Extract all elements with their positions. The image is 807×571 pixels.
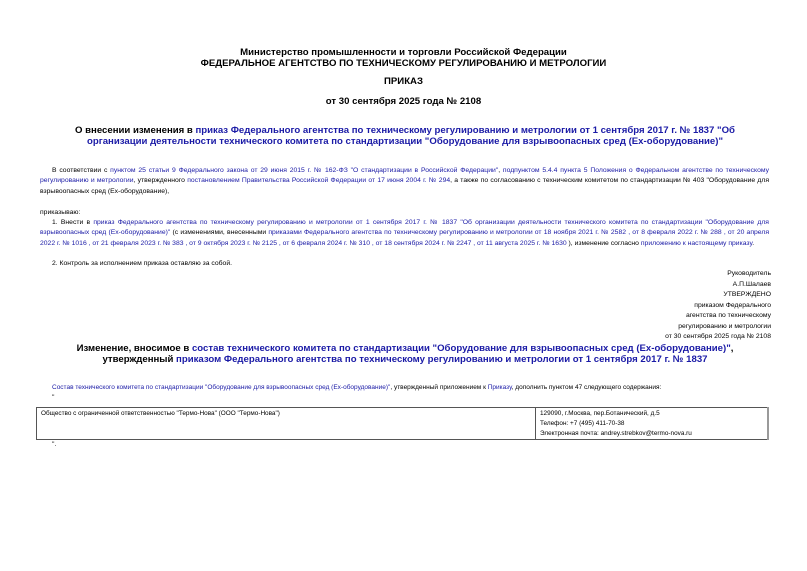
annex-body-paragraph: Состав технического комитета по стандарт… <box>52 383 661 393</box>
annex-body-text-1: , утвержденный приложением к <box>390 384 487 391</box>
preamble-paragraph: В соответствии с пунктом 25 статьи 9 Фед… <box>40 166 769 197</box>
preamble-text-1: В соответствии с <box>52 167 110 174</box>
annex-title-order-link[interactable]: приказом Федерального агентства по техни… <box>176 354 707 365</box>
composition-link[interactable]: Состав технического комитета по стандарт… <box>52 384 390 391</box>
approval-line-4: от 30 сентября 2025 года № 2108 <box>665 332 771 342</box>
title-prefix: О внесении изменения в <box>75 125 195 136</box>
document-date-number: от 30 сентября 2025 года № 2108 <box>0 96 807 107</box>
ministry-name: Министерство промышленности и торговли Р… <box>0 47 807 58</box>
item-1-text-4: . <box>752 240 754 247</box>
contacts-cell: 129090, г.Москва, пер.Ботанический, д.5 … <box>536 408 769 440</box>
table-row: Общество с ограниченной ответственностью… <box>37 408 769 440</box>
item-1-text-2: (с изменениями, внесенными <box>170 229 268 236</box>
government-decree-link[interactable]: постановлением Правительства Российской … <box>187 177 450 184</box>
quote-close: ". <box>52 440 56 450</box>
document-type: ПРИКАЗ <box>0 76 807 87</box>
item-1-text-3: ), изменение согласно <box>567 240 641 247</box>
approval-line-2: агентства по техническому <box>686 311 771 321</box>
phone-text: Телефон: +7 (495) 411-70-38 <box>540 419 763 429</box>
federal-law-link[interactable]: пунктом 25 статьи 9 Федерального закона … <box>110 167 498 174</box>
quote-open: " <box>52 393 54 403</box>
committee-composition-link[interactable]: состав технического комитета по стандарт… <box>192 343 731 354</box>
approval-label: УТВЕРЖДЕНО <box>723 290 771 300</box>
approval-line-3: регулированию и метрологии <box>678 322 771 332</box>
annex-title: Изменение, вносимое в состав техническог… <box>40 343 770 365</box>
approval-line-1: приказом Федерального <box>694 301 771 311</box>
organization-cell: Общество с ограниченной ответственностью… <box>37 408 536 440</box>
email-text: Электронная почта: andrey.strebkov@termo… <box>540 429 763 439</box>
order-word: приказываю: <box>40 208 80 218</box>
item-1-paragraph: 1. Внести в приказ Федерального агентств… <box>40 218 769 249</box>
annex-link[interactable]: приложению к настоящему приказу <box>641 240 752 247</box>
prikaz-link[interactable]: Приказу <box>488 384 512 391</box>
address-text: 129090, г.Москва, пер.Ботанический, д.5 <box>540 409 763 419</box>
annex-title-text-1: Изменение, вносимое в <box>77 343 192 354</box>
preamble-text-3: , утвержденного <box>134 177 188 184</box>
annex-body-text-2: , дополнить пунктом 47 следующего содерж… <box>512 384 662 391</box>
committee-member-table: Общество с ограниченной ответственностью… <box>36 407 769 440</box>
signatory-position: Руководитель <box>727 269 771 279</box>
item-1-text-1: 1. Внести в <box>52 219 93 226</box>
agency-name: ФЕДЕРАЛЬНОЕ АГЕНТСТВО ПО ТЕХНИЧЕСКОМУ РЕ… <box>0 58 807 69</box>
item-2-paragraph: 2. Контроль за исполнением приказа остав… <box>52 259 232 269</box>
signatory-name: А.П.Шалаев <box>733 280 771 290</box>
document-title: О внесении изменения в приказ Федерально… <box>60 125 750 147</box>
